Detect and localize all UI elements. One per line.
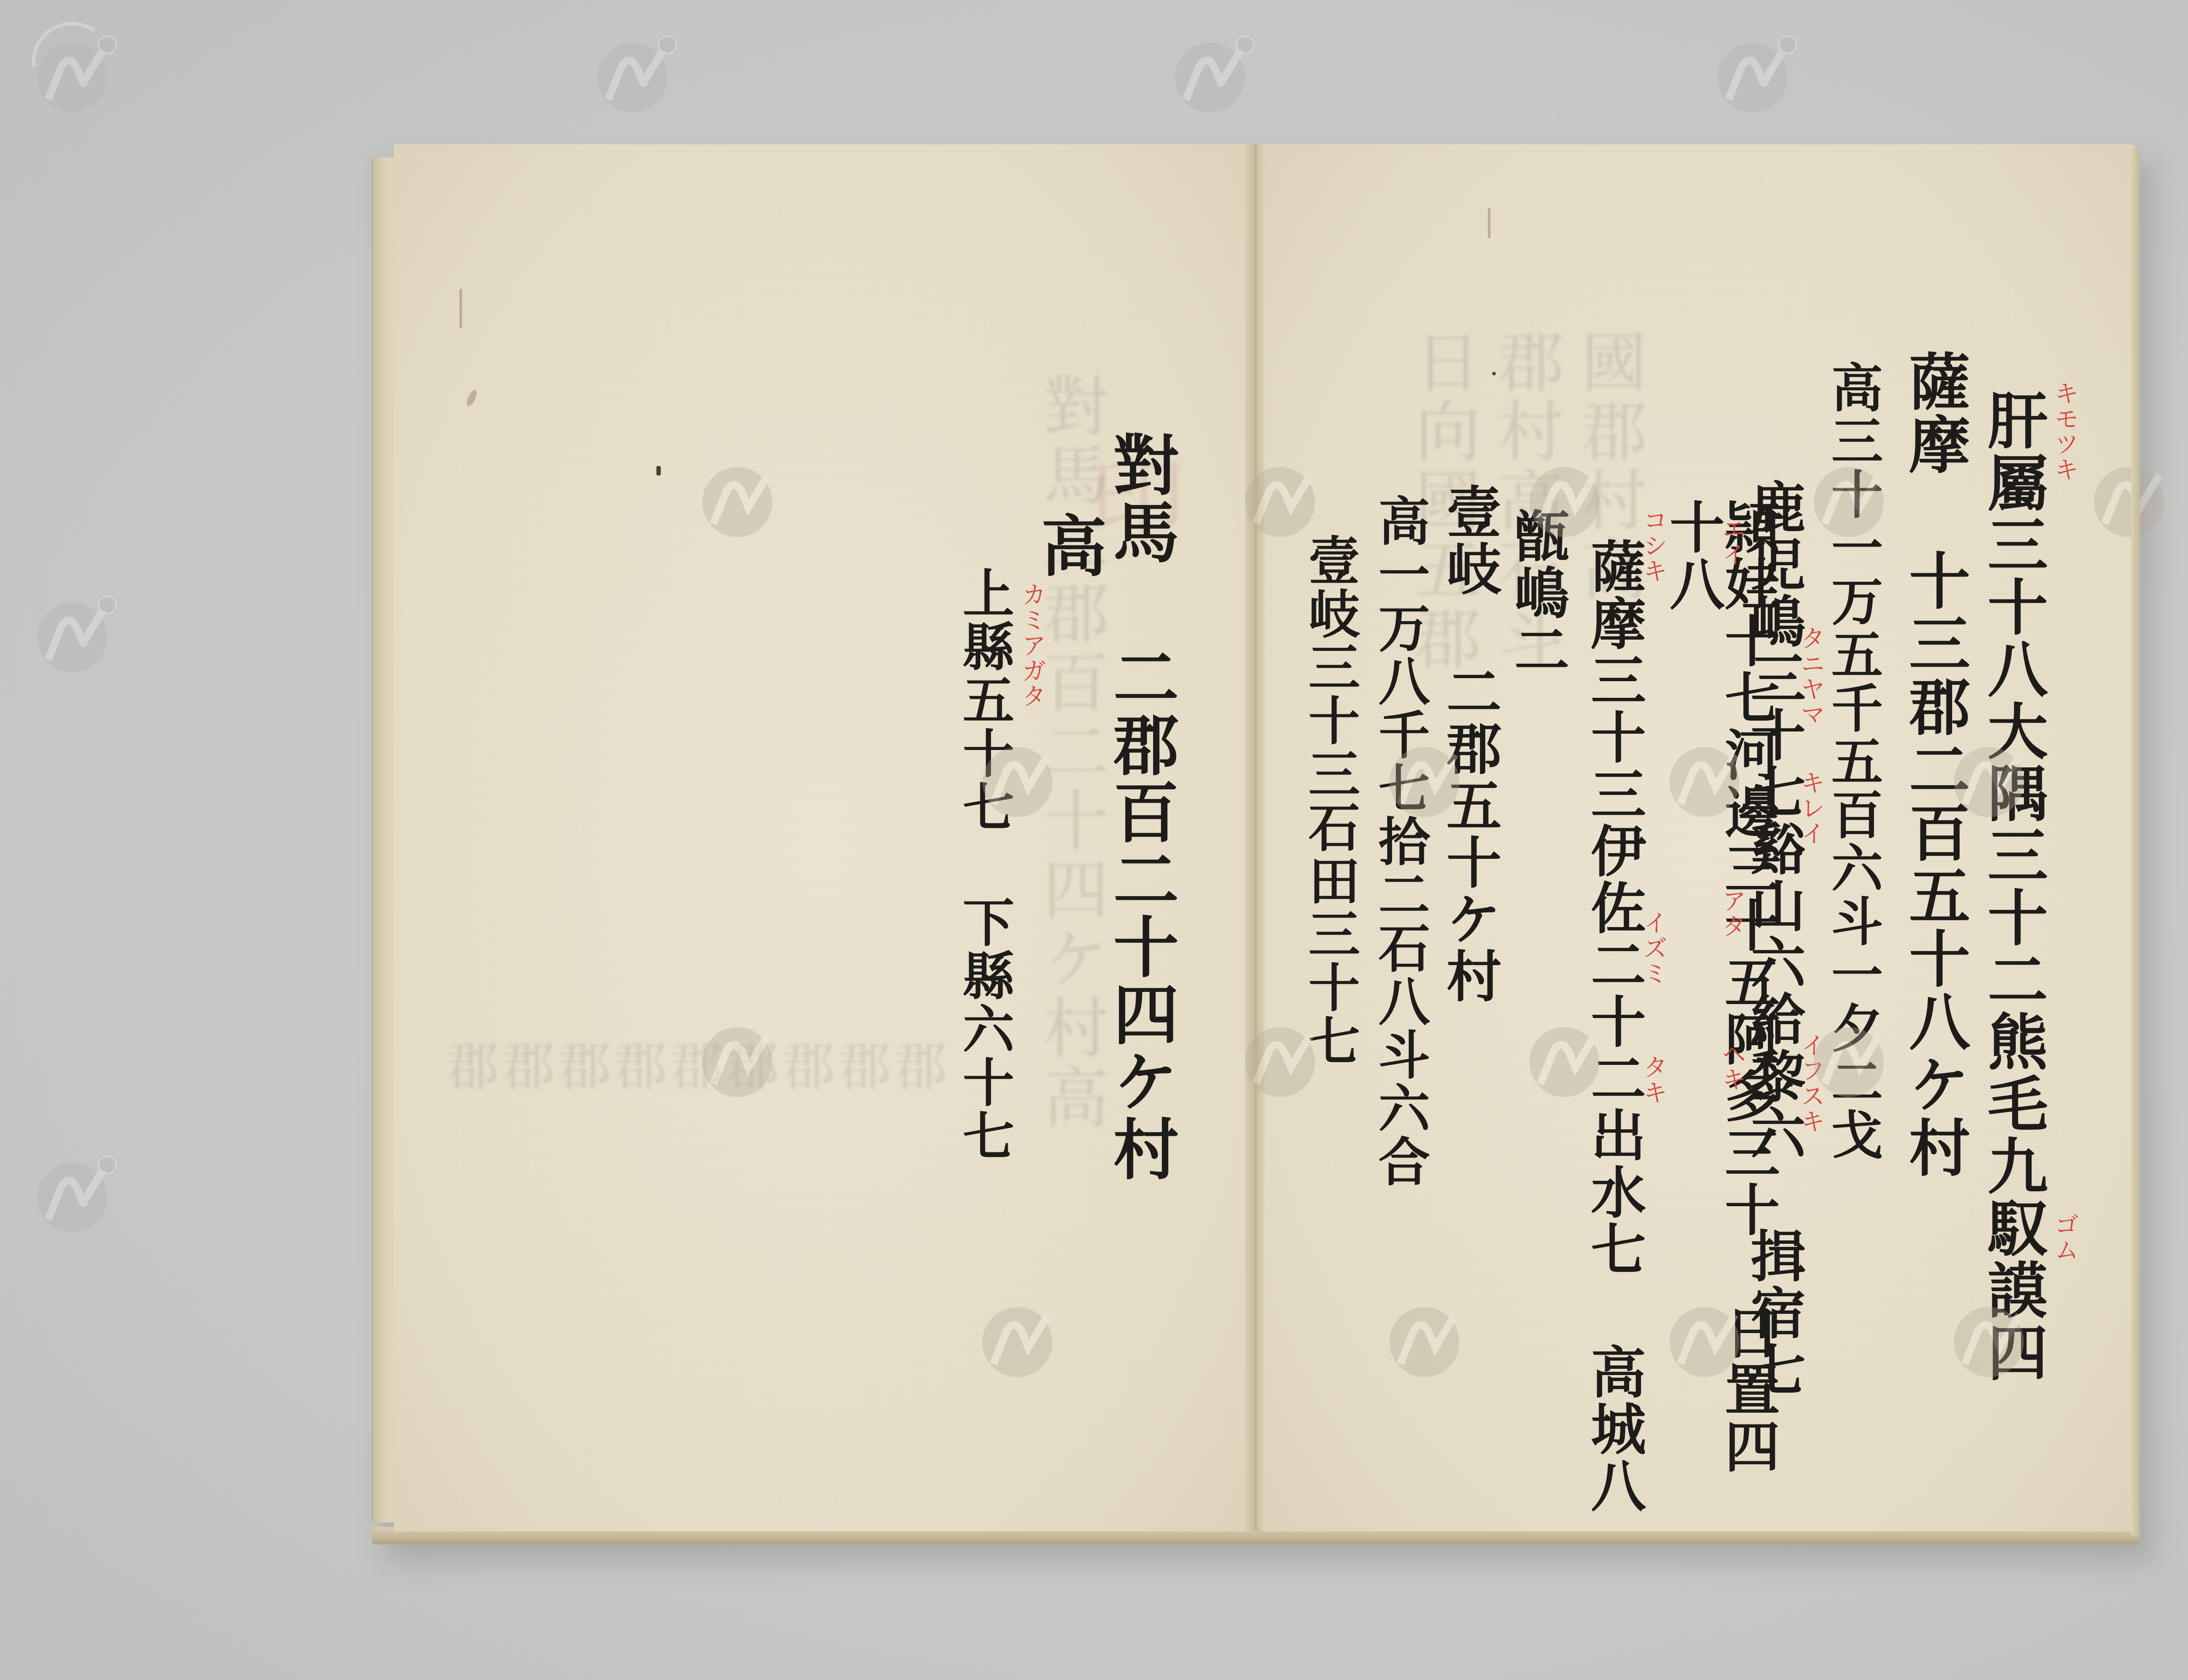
text-column-tsushima: 對馬 二郡百二十四ケ村 xyxy=(1107,431,1173,1183)
watermark-logo-icon xyxy=(1794,442,1904,551)
furigana-ei: エイ xyxy=(1720,516,1744,567)
watermark-logo-icon xyxy=(1650,1282,1759,1391)
watermark-logo-icon xyxy=(1225,442,1335,551)
watermark-logo-icon xyxy=(1794,1002,1904,1111)
text-column-iki-district: 壹岐三十三石田三十七 xyxy=(1304,534,1356,1067)
binding-crease xyxy=(1488,208,1490,238)
text-column-iki-yield: 高一万八千七拾二石八斗六合 xyxy=(1374,494,1426,1188)
text-column-taka: 高 xyxy=(1035,512,1101,579)
watermark-logo-icon xyxy=(1698,17,1807,127)
watermark-logo-icon xyxy=(963,722,1072,831)
watermark-logo-icon xyxy=(2074,442,2184,551)
furigana-kamiagata: カミアガタ xyxy=(1020,582,1044,709)
furigana-heki: ヘキ xyxy=(1720,1041,1744,1092)
furigana-izumi: イズミ xyxy=(1641,910,1666,986)
furigana-taki: タキ xyxy=(1641,1054,1666,1105)
binding-crease xyxy=(459,289,462,328)
watermark-logo-icon xyxy=(683,1002,792,1111)
watermark-logo-icon xyxy=(1934,1282,2044,1391)
watermark-logo-icon xyxy=(1225,1002,1335,1111)
text-column-agata: 上縣五十七 下縣六十七 xyxy=(958,567,1010,1162)
furigana-gomu: ゴム xyxy=(2052,1212,2077,1263)
text-column-kimotsuki: 肝屬三十八大隅三十二熊毛九馭謨四 xyxy=(1982,389,2043,1383)
watermark-logo-icon xyxy=(1650,722,1759,831)
watermark-logo-icon xyxy=(1155,17,1265,127)
book-gutter xyxy=(1245,144,1267,1531)
furigana-koshiki: コシキ xyxy=(1641,507,1666,584)
furigana-ata: アタ xyxy=(1720,888,1744,939)
open-book: 對馬二郡百二十四ケ村高 印 郡郡郡郡郡郡郡郡郡 對馬 二郡百二十四ケ村 高 上縣… xyxy=(372,144,2149,1540)
paper-fiber-mark xyxy=(465,388,478,407)
watermark-logo-icon xyxy=(1370,722,1479,831)
ink-spot xyxy=(656,466,661,476)
furigana-taniyama: タニヤマ xyxy=(1799,626,1823,727)
binding-hole xyxy=(1492,372,1496,375)
watermark-logo-icon xyxy=(683,442,792,551)
furigana-kirei: キレイ xyxy=(1799,770,1823,846)
left-page: 對馬二郡百二十四ケ村高 印 郡郡郡郡郡郡郡郡郡 對馬 二郡百二十四ケ村 高 上縣… xyxy=(394,144,1247,1531)
watermark-logo-icon xyxy=(18,17,127,127)
watermark-logo-icon xyxy=(1370,1282,1479,1391)
watermark-logo-icon xyxy=(18,577,127,687)
furigana-kimotsuki: キモツキ xyxy=(2052,381,2077,482)
watermark-logo-icon xyxy=(578,17,687,127)
watermark-logo-icon xyxy=(1934,722,2044,831)
watermark-logo-icon xyxy=(1510,1002,1619,1111)
watermark-logo-icon xyxy=(963,1282,1072,1391)
page-fore-edge xyxy=(2131,149,2140,1536)
right-page: 日向國五郡 郡村高石斗 國郡村高 肝屬三十八大隅三十二熊毛九馭謨四 キモツキ ゴ… xyxy=(1265,144,2135,1531)
watermark-logo-icon xyxy=(18,1137,127,1247)
watermark-logo-icon xyxy=(1510,442,1619,551)
